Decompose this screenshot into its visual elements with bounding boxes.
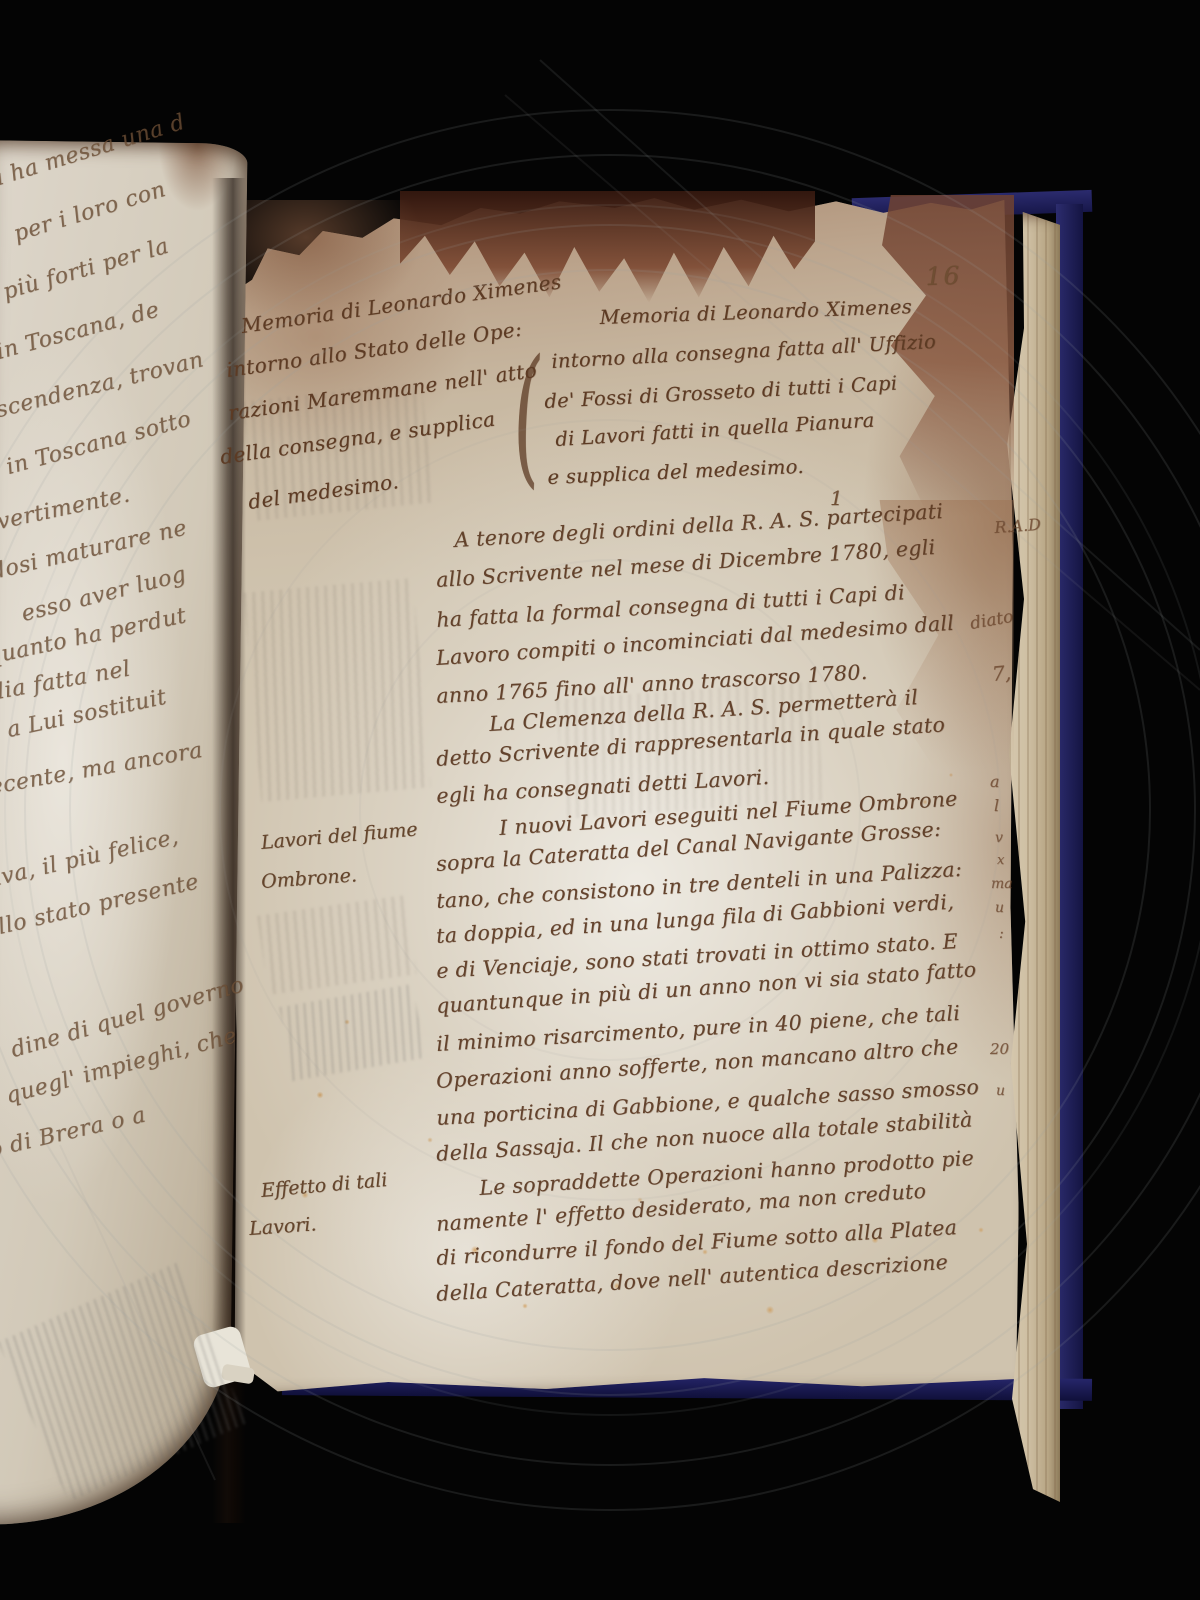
edge-fragment: : — [999, 926, 1004, 942]
edge-fragment: ma — [991, 876, 1013, 892]
edge-fragment: v — [995, 830, 1003, 846]
edge-fragment: l — [994, 796, 999, 815]
edge-fragment: u — [996, 1083, 1005, 1099]
edge-fragment: x — [997, 853, 1004, 868]
edge-fragment: u — [995, 900, 1004, 916]
edge-fragment: 20 — [990, 1040, 1009, 1058]
margin-note-line: Lavori. — [248, 1213, 317, 1240]
edge-fragment: R.A.D — [994, 515, 1042, 537]
book-cover-right-edge — [1056, 204, 1083, 1409]
page-number: 16 — [925, 261, 962, 291]
manuscript-photo: 16 1 ( Memoria di Leonardo Ximenes intor… — [0, 0, 1200, 1600]
edge-fragment: 7, — [991, 660, 1012, 686]
edge-fragment: a — [990, 772, 1000, 791]
